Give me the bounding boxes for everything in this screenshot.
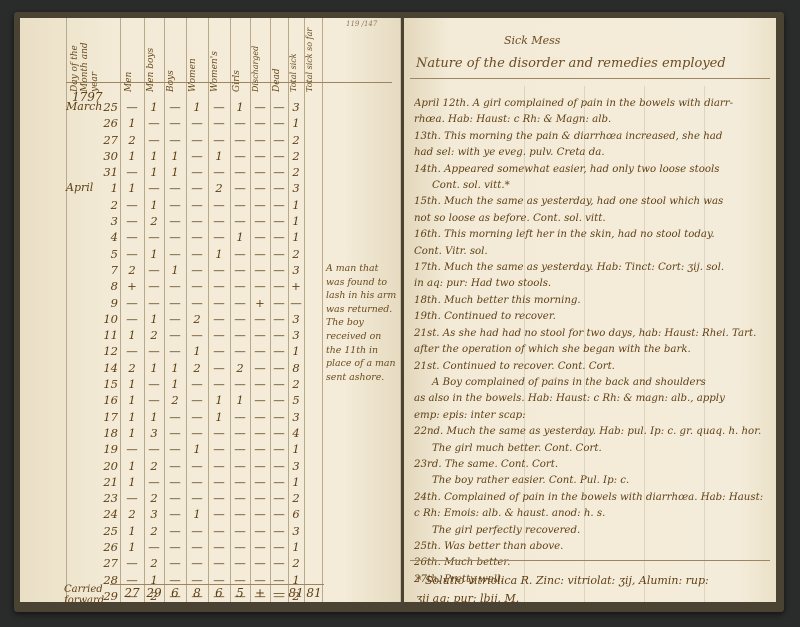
ledger-row: 3—2——————1 <box>20 214 400 230</box>
case-note-line: had sel: with ye eveg. pulv. Creta da. <box>414 145 766 161</box>
case-note-line: The girl perfectly recovered. <box>414 523 766 539</box>
case-note-line: rhœa. Hab: Haust: c Rh: & Magn: alb. <box>414 112 766 128</box>
case-note-line: as also in the bowels. Hab: Haust: c Rh:… <box>414 391 766 407</box>
case-note-line: 25th. Was better than above. <box>414 539 766 555</box>
totals-row: 27 29 6 8 6 5 + — 81 81 <box>20 586 400 602</box>
ledger-row: 30111—1———2 <box>20 149 400 165</box>
ledger-row: 1711——1———3 <box>20 410 400 426</box>
case-note-line: 18th. Much better this morning. <box>414 293 766 309</box>
column-header-date: Day of the Month and year <box>70 22 108 92</box>
ledger-row: 211———————1 <box>20 475 400 491</box>
left-page-sick-ledger: 119 /147 Day of the Month and year Men M… <box>20 18 401 602</box>
case-notes: April 12th. A girl complained of pain in… <box>414 96 766 588</box>
footnote-recipe: * Solutio vitriolica R. Zinc: vitriolat:… <box>416 572 766 602</box>
ledger-row: 2012——————3 <box>20 459 400 475</box>
ledger-row: 161—2—11——5 <box>20 393 400 409</box>
case-note-line: c Rh: Emois: alb. & haust. anod: h. s. <box>414 506 766 522</box>
column-header-womens: Women's <box>210 22 232 92</box>
case-note-line: A Boy complained of pains in the back an… <box>414 375 766 391</box>
case-note-line: 14th. Appeared somewhat easier, had only… <box>414 162 766 178</box>
ledger-row: April11———2———3 <box>20 181 400 197</box>
ledger-row: 2—1——————1 <box>20 198 400 214</box>
case-note-line: 13th. This morning the pain & diarrhœa i… <box>414 129 766 145</box>
ledger-row: 19———1————1 <box>20 442 400 458</box>
case-note-line: The boy rather easier. Cont. Pul. Ip: c. <box>414 473 766 489</box>
case-note-line: emp: epis: inter scap: <box>414 408 766 424</box>
column-header-women: Women <box>188 22 210 92</box>
ledger-row: 261———————1 <box>20 116 400 132</box>
ledger-book: 119 /147 Day of the Month and year Men M… <box>14 12 784 612</box>
ledger-row: 23—2——————2 <box>20 491 400 507</box>
case-note-line: 26th. Much better. <box>414 555 766 571</box>
ledger-row: 261———————1 <box>20 540 400 556</box>
header-rule <box>410 78 770 79</box>
case-note-line: 16th. This morning left her in the skin,… <box>414 227 766 243</box>
case-note-line: 17th. Much the same as yesterday. Hab: T… <box>414 260 766 276</box>
ledger-row: 4—————1——1 <box>20 230 400 246</box>
ledger-row: 2512——————3 <box>20 524 400 540</box>
column-header-men-boys: Men boys <box>146 22 168 92</box>
ledger-row: 27—2——————2 <box>20 556 400 572</box>
ledger-row: 31—11—————2 <box>20 165 400 181</box>
ledger-row: 2423—1————6 <box>20 507 400 523</box>
case-note-line: after the operation of which she began w… <box>414 342 766 358</box>
ledger-row: March25—1—1—1——3 <box>20 100 400 116</box>
page-number-note: 119 /147 <box>346 20 377 28</box>
column-header-total-sick-so-far: Total sick so far <box>306 22 328 92</box>
case-note-line: 21st. As she had had no stool for two da… <box>414 326 766 342</box>
footnote-rule <box>410 560 770 561</box>
column-header-men: Men <box>124 22 146 92</box>
ledger-row: 5—1——1———2 <box>20 247 400 263</box>
margin-note: A man that was found to lash in his arm … <box>326 262 398 384</box>
case-note-line: 23rd. The same. Cont. Cort. <box>414 457 766 473</box>
case-note-line: Cont. Vitr. sol. <box>414 244 766 260</box>
page-title: Sick Mess <box>504 34 560 47</box>
case-note-line: The girl much better. Cont. Cort. <box>414 441 766 457</box>
case-note-line: Cont. sol. vitt.* <box>414 178 766 194</box>
case-note-line: in aq: pur: Had two stools. <box>414 276 766 292</box>
ledger-row: 1813——————4 <box>20 426 400 442</box>
column-header-discharged: Discharged <box>252 22 274 92</box>
case-note-line: 19th. Continued to recover. <box>414 309 766 325</box>
case-note-line: 15th. Much the same as yesterday, had on… <box>414 194 766 210</box>
page-subtitle: Nature of the disorder and remedies empl… <box>416 56 726 71</box>
right-page-sick-notes: Sick Mess Nature of the disorder and rem… <box>404 18 776 602</box>
column-header-boys: Boys <box>166 22 188 92</box>
case-note-line: 21st. Continued to recover. Cont. Cort. <box>414 359 766 375</box>
ledger-row: 272———————2 <box>20 133 400 149</box>
case-note-line: 24th. Complained of pain in the bowels w… <box>414 490 766 506</box>
case-note-line: 22nd. Much the same as yesterday. Hab: p… <box>414 424 766 440</box>
case-note-line: not so loose as before. Cont. sol. vitt. <box>414 211 766 227</box>
case-note-line: April 12th. A girl complained of pain in… <box>414 96 766 112</box>
